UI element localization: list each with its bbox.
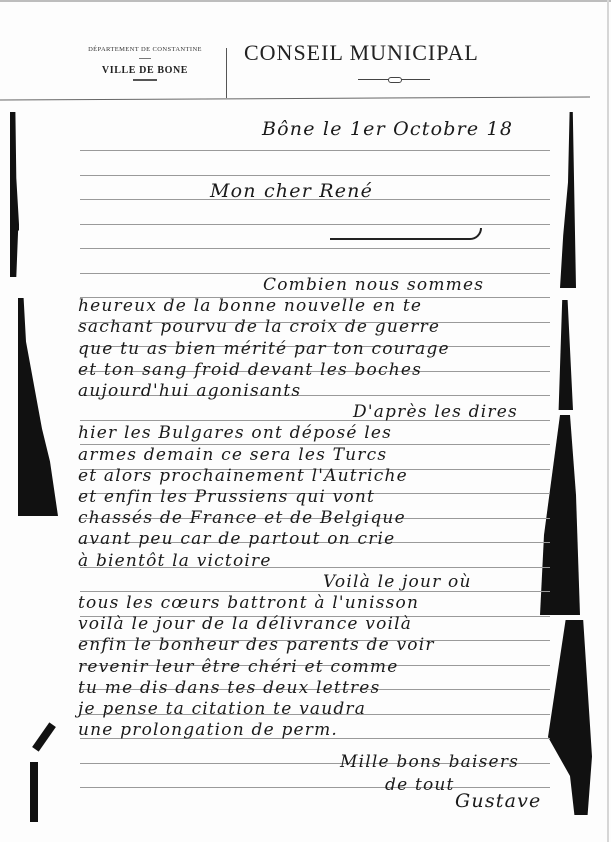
title-ornament — [388, 77, 402, 83]
closing-line-2: de tout — [385, 775, 455, 795]
ruled-line — [80, 248, 550, 249]
letterhead-ornament — [133, 79, 157, 81]
letter-line: à bientôt la victoire — [78, 551, 272, 571]
letterhead-dash — [139, 58, 151, 59]
scan-edge-right-1 — [560, 112, 576, 288]
letter-line: Voilà le jour où — [323, 572, 472, 592]
scan-edge-left-4 — [30, 762, 38, 822]
letter-line: et ton sang froid devant les boches — [78, 360, 422, 380]
ruled-line — [80, 224, 550, 225]
ruled-line — [80, 591, 550, 592]
letter-line: armes demain ce sera les Turcs — [78, 445, 387, 465]
scan-edge-right-4 — [548, 620, 592, 815]
letter-line: sachant pourvu de la croix de guerre — [78, 317, 440, 337]
scan-edge-left-2 — [18, 298, 58, 516]
scan-edge-left-3 — [32, 722, 56, 751]
letter-line: voilà le jour de la délivrance voilà — [78, 614, 412, 634]
letter-line: tous les cœurs battront à l'unisson — [78, 593, 419, 613]
page-right-edge — [607, 0, 609, 842]
ruled-line — [80, 273, 550, 274]
page-top-edge — [0, 0, 611, 2]
letter-line: Combien nous sommes — [263, 275, 484, 295]
letter-line: enfin le bonheur des parents de voir — [78, 635, 435, 655]
scan-edge-left-1 — [10, 112, 19, 277]
signature: Gustave — [455, 790, 542, 812]
ruled-line — [80, 787, 550, 788]
letter-line: heureux de la bonne nouvelle en te — [78, 296, 422, 316]
letter-line: chassés de France et de Belgique — [78, 508, 406, 528]
letterhead-divider — [226, 48, 227, 98]
letterhead-left: DÉPARTEMENT DE CONSTANTINE VILLE DE BONE — [60, 46, 230, 81]
letter-line: et enfin les Prussiens qui vont — [78, 487, 375, 507]
city-label: VILLE DE BONE — [60, 65, 230, 76]
header-rule — [0, 96, 590, 100]
closing-line: Mille bons baisers — [340, 752, 519, 772]
letter-line: hier les Bulgares ont déposé les — [78, 423, 392, 443]
ruled-line — [80, 175, 550, 176]
scan-edge-right-3 — [540, 415, 580, 615]
department-label: DÉPARTEMENT DE CONSTANTINE — [60, 46, 230, 53]
letter-line: D'après les dires — [353, 402, 518, 422]
scan-edge-right-2 — [555, 300, 573, 410]
letter-line: une prolongation de perm. — [78, 720, 338, 740]
letter-line: et alors prochainement l'Autriche — [78, 466, 408, 486]
letter-line: que tu as bien mérité par ton courage — [78, 339, 450, 359]
dateline: Bône le 1er Octobre 18 — [262, 118, 513, 140]
letter-line: je pense ta citation te vaudra — [78, 699, 366, 719]
letter-line: revenir leur être chéri et comme — [78, 657, 398, 677]
letterhead-title: CONSEIL MUNICIPAL — [244, 40, 479, 66]
ruled-line — [80, 150, 550, 151]
letter-line: avant peu car de partout on crie — [78, 529, 395, 549]
salutation: Mon cher René — [210, 180, 373, 202]
salutation-flourish — [330, 228, 482, 240]
letter-page: DÉPARTEMENT DE CONSTANTINE VILLE DE BONE… — [0, 0, 611, 842]
letter-line: aujourd'hui agonisants — [78, 381, 301, 401]
letter-line: tu me dis dans tes deux lettres — [78, 678, 381, 698]
